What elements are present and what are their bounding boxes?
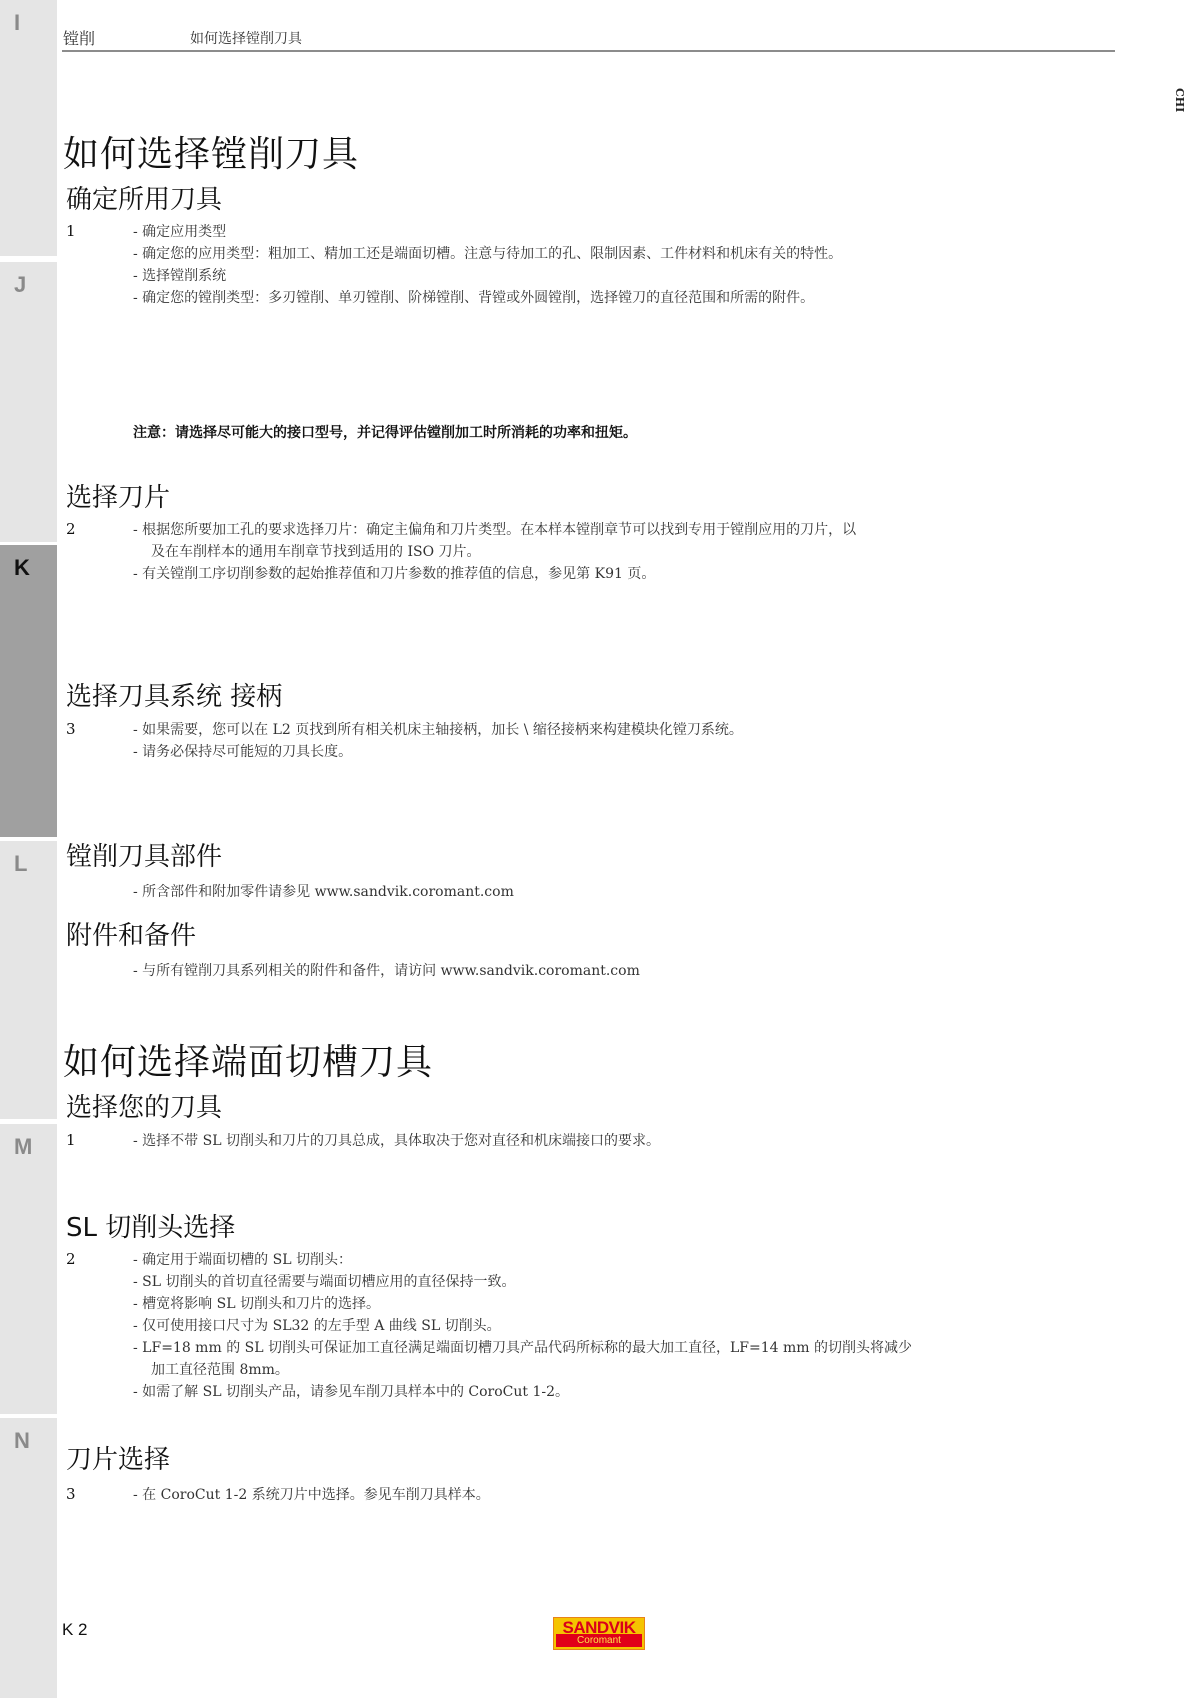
list-item: - 如果需要，您可以在 L2 页找到所有相关机床主轴接柄，加长 \ 缩径接柄来构… bbox=[133, 719, 743, 739]
list-item: - 仅可使用接口尺寸为 SL32 的左手型 A 曲线 SL 切削头。 bbox=[133, 1315, 501, 1335]
header-section: 如何选择镗削刀具 bbox=[190, 28, 302, 48]
step-number: 2 bbox=[66, 520, 76, 538]
list-item: - 有关镗削工序切削参数的起始推荐值和刀片参数的推荐值的信息，参见第 K91 页… bbox=[133, 563, 655, 583]
language-code: CHI bbox=[1173, 88, 1186, 112]
list-item: - 确定您的应用类型：粗加工、精加工还是端面切槽。注意与待加工的孔、限制因素、工… bbox=[133, 243, 842, 263]
logo-subtitle: Coromant bbox=[556, 1634, 642, 1647]
tab-letter: J bbox=[14, 272, 26, 298]
list-item: - 确定应用类型 bbox=[133, 221, 226, 241]
sidebar-tab-i[interactable]: I bbox=[0, 0, 57, 256]
section-heading: 镗削刀具部件 bbox=[66, 836, 222, 873]
section-heading: SL 切削头选择 bbox=[66, 1207, 235, 1244]
list-item: - 所含部件和附加零件请参见 www.sandvik.coromant.com bbox=[133, 881, 514, 901]
section-heading: 确定所用刀具 bbox=[66, 179, 222, 216]
page-number: K 2 bbox=[62, 1620, 88, 1640]
section-heading: 附件和备件 bbox=[66, 915, 196, 952]
list-item: 及在车削样本的通用车削章节找到适用的 ISO 刀片。 bbox=[151, 541, 481, 561]
sidebar-tab-m[interactable]: M bbox=[0, 1124, 57, 1414]
list-item: - 确定用于端面切槽的 SL 切削头： bbox=[133, 1249, 352, 1269]
list-item: - SL 切削头的首切直径需要与端面切槽应用的直径保持一致。 bbox=[133, 1271, 516, 1291]
list-item: - 选择镗削系统 bbox=[133, 265, 226, 285]
step-number: 3 bbox=[66, 720, 76, 738]
header-divider bbox=[62, 50, 1115, 52]
sidebar-tab-j[interactable]: J bbox=[0, 262, 57, 542]
sidebar-tab-n[interactable]: N bbox=[0, 1418, 57, 1698]
step-number: 3 bbox=[66, 1485, 76, 1503]
list-item: - 在 CoroCut 1-2 系统刀片中选择。参见车削刀具样本。 bbox=[133, 1484, 490, 1504]
tab-letter: I bbox=[14, 10, 20, 36]
list-item: - LF=18 mm 的 SL 切削头可保证加工直径满足端面切槽刀具产品代码所标… bbox=[133, 1337, 912, 1357]
list-item: - 槽宽将影响 SL 切削头和刀片的选择。 bbox=[133, 1293, 380, 1313]
section-heading: 选择您的刀具 bbox=[66, 1087, 222, 1124]
list-item: - 选择不带 SL 切削头和刀片的刀具总成，具体取决于您对直径和机床端接口的要求… bbox=[133, 1130, 660, 1150]
list-item: 加工直径范围 8mm。 bbox=[151, 1359, 289, 1379]
tab-letter: K bbox=[14, 555, 30, 581]
tab-letter: N bbox=[14, 1428, 30, 1454]
list-item: - 根据您所要加工孔的要求选择刀片：确定主偏角和刀片类型。在本样本镗削章节可以找… bbox=[133, 519, 856, 539]
sidebar-tab-k[interactable]: K bbox=[0, 545, 57, 837]
step-number: 1 bbox=[66, 1131, 76, 1149]
header-chapter: 镗削 bbox=[63, 26, 95, 49]
section-heading: 选择刀片 bbox=[66, 477, 170, 514]
sandvik-coromant-logo: SANDVIK Coromant bbox=[553, 1617, 645, 1650]
list-item: - 与所有镗削刀具系列相关的附件和备件，请访问 www.sandvik.coro… bbox=[133, 960, 640, 980]
page-title-boring: 如何选择镗削刀具 bbox=[63, 126, 359, 177]
page-title-face-grooving: 如何选择端面切槽刀具 bbox=[63, 1034, 433, 1085]
sidebar-tab-l[interactable]: L bbox=[0, 841, 57, 1119]
step-number: 2 bbox=[66, 1250, 76, 1268]
list-item: - 确定您的镗削类型：多刃镗削、单刃镗削、阶梯镗削、背镗或外圆镗削，选择镗刀的直… bbox=[133, 287, 814, 307]
list-item: - 请务必保持尽可能短的刀具长度。 bbox=[133, 741, 352, 761]
note-text: 注意：请选择尽可能大的接口型号，并记得评估镗削加工时所消耗的功率和扭矩。 bbox=[133, 422, 637, 442]
tab-letter: L bbox=[14, 851, 27, 877]
section-heading: 选择刀具系统 接柄 bbox=[66, 676, 282, 713]
step-number: 1 bbox=[66, 222, 76, 240]
list-item: - 如需了解 SL 切削头产品，请参见车削刀具样本中的 CoroCut 1-2。 bbox=[133, 1381, 569, 1401]
tab-letter: M bbox=[14, 1134, 32, 1160]
section-heading: 刀片选择 bbox=[66, 1439, 170, 1476]
